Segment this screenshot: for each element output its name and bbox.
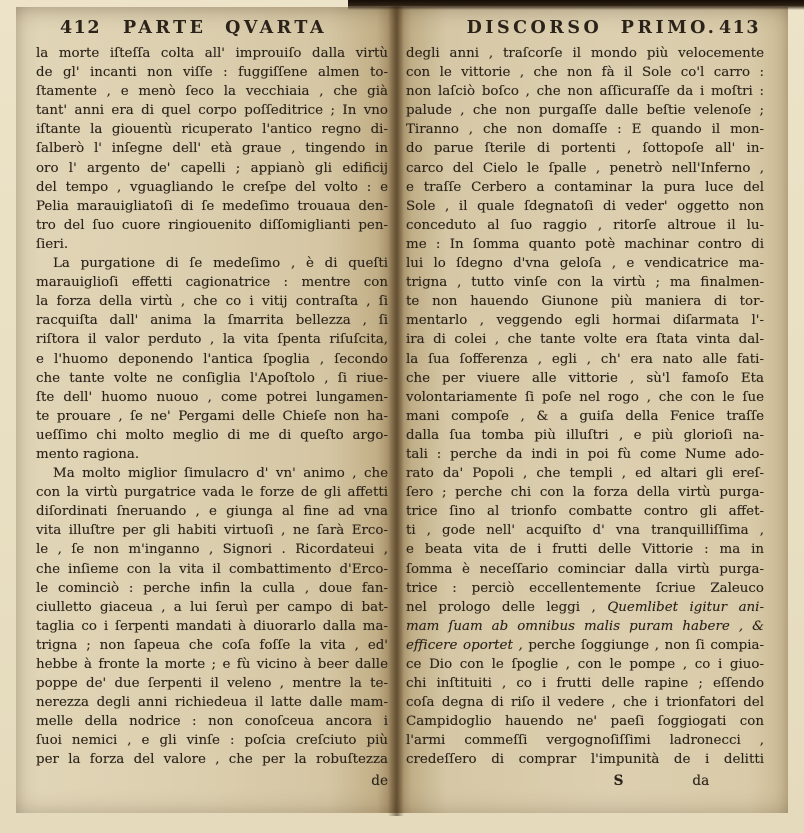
text-line: che tante volte ne conſiglia l'Apoſtolo … <box>36 369 388 388</box>
text-line: lui lo ſdegno d'vna geloſa , e vendicatr… <box>406 254 764 273</box>
text-line: conceduto al ſuo raggio , ritorſe altrou… <box>406 216 764 235</box>
text-line: Sole , il quale ſdegnatoſi di veder' ogg… <box>406 197 764 216</box>
text-line: racquiſta dall' anima la ſmarrita bellez… <box>36 311 388 330</box>
text-line: ce Dio con le ſpoglie , con le pompe , c… <box>406 655 764 674</box>
text-line: volontariamente ſi poſe nel rogo , che c… <box>406 388 764 407</box>
text-line: la forza della virtù , che co i vitij co… <box>36 292 388 311</box>
left-catchword: de <box>371 773 388 789</box>
text-line: te prouare , ſe ne' Pergami delle Chieſe… <box>36 407 388 426</box>
text-line: hebbe à fronte la morte ; e fù vicino à … <box>36 655 388 674</box>
text-line: ciulletto giaceua , a lui ſeruì per camp… <box>36 598 388 617</box>
text-line: Pelia marauigliatoſi di ſe medeſimo trou… <box>36 197 388 216</box>
text-line: carco del Cielo le ſpalle , penetrò nell… <box>406 159 764 178</box>
text-line: la morte iſteſſa colta all' improuiſo da… <box>36 44 388 63</box>
text-line: diſordinati ſneruando , e giunga al fine… <box>36 502 388 521</box>
text-line: Tiranno , che non domaſſe : E quando il … <box>406 120 764 139</box>
left-running-title: PARTE QVARTA <box>123 18 327 38</box>
text-line: tant' anni era di quel corpo poſſeditric… <box>36 101 388 120</box>
text-line: palude , che non purgaſſe dalle beſtie v… <box>406 101 764 120</box>
text-line: coſa degna di riſo il vedere , che i tri… <box>406 693 764 712</box>
text-line: per la forza del valore , che per la rob… <box>36 750 388 769</box>
text-line: e beata vita de i frutti delle Vittorie … <box>406 540 764 559</box>
text-line: ſomma è neceſſario cominciar dalla virtù… <box>406 560 764 579</box>
text-line: ſuoi nemici , e gli vinſe : poſcia creſc… <box>36 731 388 750</box>
text-line: trigna ; non ſapeua che coſa foſſe la vi… <box>36 636 388 655</box>
text-line: trice ſino al trionfo combatte contro gl… <box>406 502 764 521</box>
text-line: tali : perche da indi in poi fù come Num… <box>406 445 764 464</box>
right-page-text: degli anni , traſcorſe il mondo più velo… <box>406 44 764 770</box>
text-line: te non hauendo Giunone più maniera di to… <box>406 292 764 311</box>
text-line: iſtante la giouentù ricuperato l'antico … <box>36 120 388 139</box>
text-line: con le vittorie , che non fà il Sole co'… <box>406 63 764 82</box>
text-line: nerezza degli anni richiedeua il latte d… <box>36 693 388 712</box>
text-line: ſte dell' huomo nuouo , come potrei lung… <box>36 388 388 407</box>
text-line: trigna , tutto vinſe con la virtù ; ma f… <box>406 273 764 292</box>
text-line: vita illuſtre per gli habiti virtuoſi , … <box>36 521 388 540</box>
left-page: 412 PARTE QVARTA la morte iſteſſa colta … <box>16 7 396 813</box>
text-line: che per viuere alle vittorie , sù'l famo… <box>406 369 764 388</box>
text-line: oro l' argento de' capelli ; appianò gli… <box>36 159 388 178</box>
right-page-footer: S da <box>406 771 764 791</box>
text-line: me : In ſomma quanto potè machinar contr… <box>406 235 764 254</box>
text-line: chi inſtituiti , co i frutti delle rapin… <box>406 674 764 693</box>
left-folio-number: 412 <box>60 18 101 38</box>
text-line: trice : perciò eccellentemente ſcriue Za… <box>406 579 764 598</box>
book-spread: 412 PARTE QVARTA la morte iſteſſa colta … <box>0 0 804 833</box>
text-line: ira di colei , che tante volte era ſtata… <box>406 330 764 349</box>
text-line: dalla ſua tomba più illuſtri , e più glo… <box>406 426 764 445</box>
text-line: non laſciò boſco , che non aſſicuraſſe d… <box>406 82 764 101</box>
text-line: Campidoglio hauendo ne' paeſi ſoggiogati… <box>406 712 764 731</box>
text-line: ſieri. <box>36 235 388 254</box>
text-line: rato da' Popoli , che templi , ed altari… <box>406 464 764 483</box>
text-line: efficere oportet , perche ſoggiunge , no… <box>406 636 764 655</box>
signature-mark: S <box>614 771 624 791</box>
text-line: melle della nodrice : non conoſceua anco… <box>36 712 388 731</box>
right-page: DISCORSO PRIMO. 413 degli anni , traſcor… <box>396 7 788 813</box>
text-line: e l'huomo deponendo l'antica ſpoglia , ſ… <box>36 350 388 369</box>
text-line: de gl' incanti non viſſe : fuggiſſene al… <box>36 63 388 82</box>
text-line: ſtamente , e menò ſeco la vecchiaia , ch… <box>36 82 388 101</box>
text-line: tro del ſuo cuore ringiouenito diſſomigl… <box>36 216 388 235</box>
text-line: ti , gode nell' acquiſto d' vna tranquil… <box>406 521 764 540</box>
text-line: con la virtù purgatrice vada le forze de… <box>36 483 388 502</box>
text-line: e traſſe Cerbero a contaminar la pura lu… <box>406 178 764 197</box>
text-line: marauiglioſi effetti cagionatrice : ment… <box>36 273 388 292</box>
right-catchword: da <box>692 771 709 791</box>
text-line: poppe de' due ſerpenti il veleno , mentr… <box>36 674 388 693</box>
text-line: do parue ſterile di portenti , ſottopoſe… <box>406 139 764 158</box>
left-page-text: la morte iſteſſa colta all' improuiſo da… <box>36 44 388 770</box>
text-line: mam ſuam ab omnibus malis puram habere ,… <box>406 617 764 636</box>
text-line: ueſſimo chi molto meglio di me di queſto… <box>36 426 388 445</box>
text-line: che inſieme con la vita il combattimento… <box>36 560 388 579</box>
text-line: ſero ; perche chi con la forza della vir… <box>406 483 764 502</box>
text-line: la ſua ſofferenza , egli , ch' era nato … <box>406 350 764 369</box>
left-page-header: 412 PARTE QVARTA <box>16 18 396 44</box>
right-running-title: DISCORSO PRIMO. <box>467 18 718 38</box>
text-line: l'armi commeſſi vergognoſiſſimi ladronec… <box>406 731 764 750</box>
text-line: le cominciò : perche infin la culla , do… <box>36 579 388 598</box>
text-line: mento ragiona. <box>36 445 388 464</box>
text-line: riſtora il valor perduto , la vita ſpent… <box>36 330 388 349</box>
right-folio-number: 413 <box>719 18 760 38</box>
left-page-footer: de <box>36 771 396 791</box>
text-line: ſalberò l' inſegne dell' età graue , tin… <box>36 139 388 158</box>
right-page-header: DISCORSO PRIMO. 413 <box>396 18 788 44</box>
text-line: taglia co i ſerpenti mandati à diuorarlo… <box>36 617 388 636</box>
text-line: mani compoſe , & a guiſa della Fenice tr… <box>406 407 764 426</box>
text-line: Ma molto miglior ſimulacro d' vn' animo … <box>36 464 388 483</box>
text-line: degli anni , traſcorſe il mondo più velo… <box>406 44 764 63</box>
text-line: le , ſe non m'inganno , Signori . Ricord… <box>36 540 388 559</box>
text-line: mentarlo , veggendo egli hormai diſarmat… <box>406 311 764 330</box>
text-line: nel prologo delle leggi , Quemlibet igit… <box>406 598 764 617</box>
text-line: credeſſero di comprar l'impunità de i de… <box>406 750 764 769</box>
text-line: del tempo , vguagliando le creſpe del vo… <box>36 178 388 197</box>
text-line: La purgatione di ſe medeſimo , è di queſ… <box>36 254 388 273</box>
